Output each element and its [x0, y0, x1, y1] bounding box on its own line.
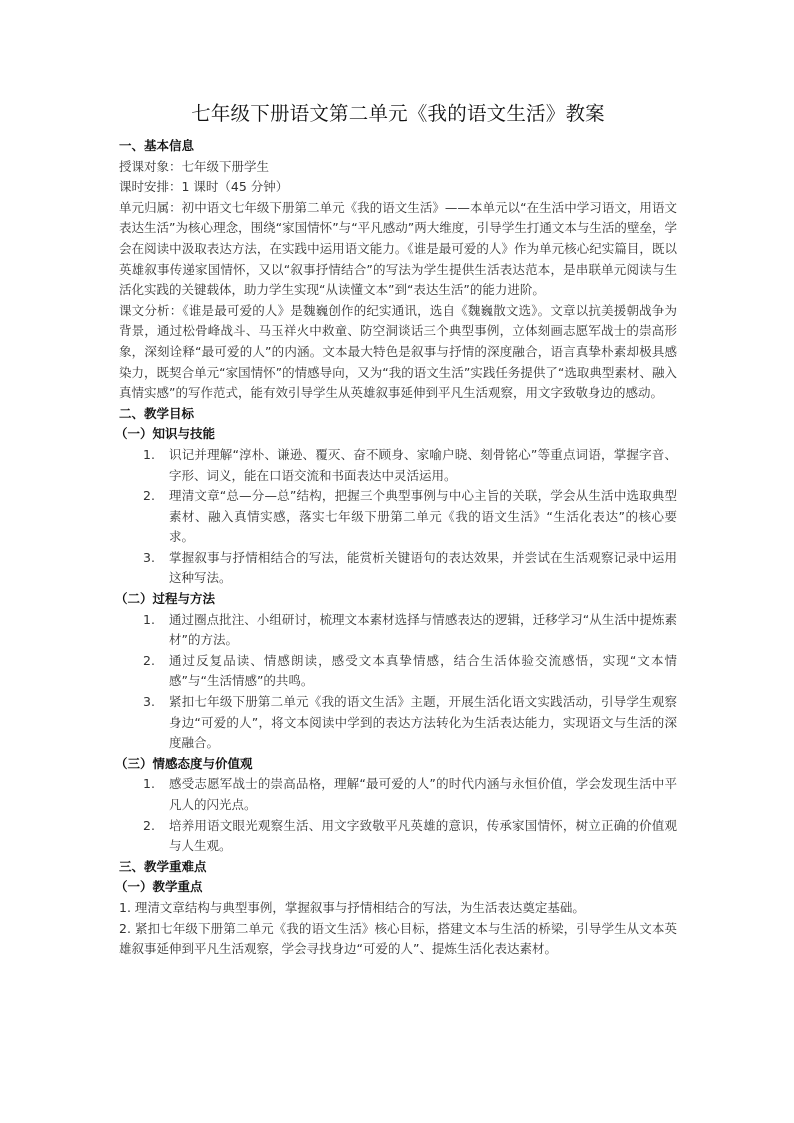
list-text: 紧扣七年级下册第二单元《我的语文生活》主题，开展生活化语文实践活动，引导学生观察…: [169, 694, 677, 750]
list-number: 1.: [143, 774, 155, 795]
focus-paragraph: 2. 紧扣七年级下册第二单元《我的语文生活》核心目标，搭建文本与生活的桥梁，引导…: [119, 919, 677, 960]
list-item: 2. 通过反复品读、情感朗读，感受文本真挚情感，结合生活体验交流感悟，实现“文本…: [119, 651, 677, 692]
subheading-emotion: （三）情感态度与价值观: [115, 754, 673, 775]
audience-text: 授课对象：七年级下册学生: [119, 157, 677, 178]
unit-text: 单元归属：初中语文七年级下册第二单元《我的语文生活》——本单元以“在生活中学习语…: [119, 198, 677, 301]
list-number: 2.: [143, 816, 155, 837]
subheading-process: （二）过程与方法: [115, 589, 673, 610]
list-number: 3.: [143, 692, 155, 713]
emotion-list: 1. 感受志愿军战士的崇高品格，理解“最可爱的人”的时代内涵与永恒价值，学会发现…: [119, 774, 677, 856]
list-item: 2. 培养用语文眼光观察生活、用文字致敬平凡英雄的意识，传承家国情怀，树立正确的…: [119, 816, 677, 857]
list-number: 2.: [143, 486, 155, 507]
list-item: 3. 掌握叙事与抒情相结合的写法，能赏析关键语句的表达效果，并尝试在生活观察记录…: [119, 548, 677, 589]
schedule-text: 课时安排：1 课时（45 分钟）: [119, 177, 677, 198]
list-text: 培养用语文眼光观察生活、用文字致敬平凡英雄的意识，传承家国情怀，树立正确的价值观…: [169, 818, 677, 854]
list-text: 通过圈点批注、小组研讨，梳理文本素材选择与情感表达的逻辑，迁移学习“从生活中提炼…: [169, 612, 677, 648]
list-number: 1.: [143, 445, 155, 466]
list-text: 感受志愿军战士的崇高品格，理解“最可爱的人”的时代内涵与永恒价值，学会发现生活中…: [169, 776, 677, 812]
list-number: 2.: [143, 651, 155, 672]
list-text: 理清文章“总—分—总”结构，把握三个典型事例与中心主旨的关联，学会从生活中选取典…: [169, 488, 677, 544]
document-title: 七年级下册语文第二单元《我的语文生活》教案: [119, 100, 677, 128]
subheading-focus: （一）教学重点: [115, 877, 673, 898]
section-heading-basic-info: 一、基本信息: [119, 136, 677, 157]
list-item: 2. 理清文章“总—分—总”结构，把握三个典型事例与中心主旨的关联，学会从生活中…: [119, 486, 677, 548]
section-heading-key-points: 三、教学重难点: [119, 857, 677, 878]
analysis-text: 课文分析：《谁是最可爱的人》是魏巍创作的纪实通讯，选自《魏巍散文选》。文章以抗美…: [119, 301, 677, 404]
list-text: 掌握叙事与抒情相结合的写法，能赏析关键语句的表达效果，并尝试在生活观察记录中运用…: [169, 550, 677, 586]
subheading-knowledge: （一）知识与技能: [115, 424, 673, 445]
knowledge-list: 1. 识记并理解“淳朴、谦逊、覆灭、奋不顾身、家喻户晓、刻骨铭心”等重点词语，掌…: [119, 445, 677, 589]
list-text: 识记并理解“淳朴、谦逊、覆灭、奋不顾身、家喻户晓、刻骨铭心”等重点词语，掌握字音…: [169, 447, 677, 483]
list-item: 1. 识记并理解“淳朴、谦逊、覆灭、奋不顾身、家喻户晓、刻骨铭心”等重点词语，掌…: [119, 445, 677, 486]
list-item: 1. 通过圈点批注、小组研讨，梳理文本素材选择与情感表达的逻辑，迁移学习“从生活…: [119, 610, 677, 651]
list-number: 1.: [143, 610, 155, 631]
section-heading-objectives: 二、教学目标: [119, 404, 677, 425]
list-text: 通过反复品读、情感朗读，感受文本真挚情感，结合生活体验交流感悟，实现“文本情感”…: [169, 653, 677, 689]
list-number: 3.: [143, 548, 155, 569]
list-item: 3. 紧扣七年级下册第二单元《我的语文生活》主题，开展生活化语文实践活动，引导学…: [119, 692, 677, 754]
process-list: 1. 通过圈点批注、小组研讨，梳理文本素材选择与情感表达的逻辑，迁移学习“从生活…: [119, 610, 677, 754]
focus-paragraph: 1. 理清文章结构与典型事例，掌握叙事与抒情相结合的写法，为生活表达奠定基础。: [119, 898, 677, 919]
list-item: 1. 感受志愿军战士的崇高品格，理解“最可爱的人”的时代内涵与永恒价值，学会发现…: [119, 774, 677, 815]
document-page: 七年级下册语文第二单元《我的语文生活》教案 一、基本信息 授课对象：七年级下册学…: [119, 100, 677, 960]
